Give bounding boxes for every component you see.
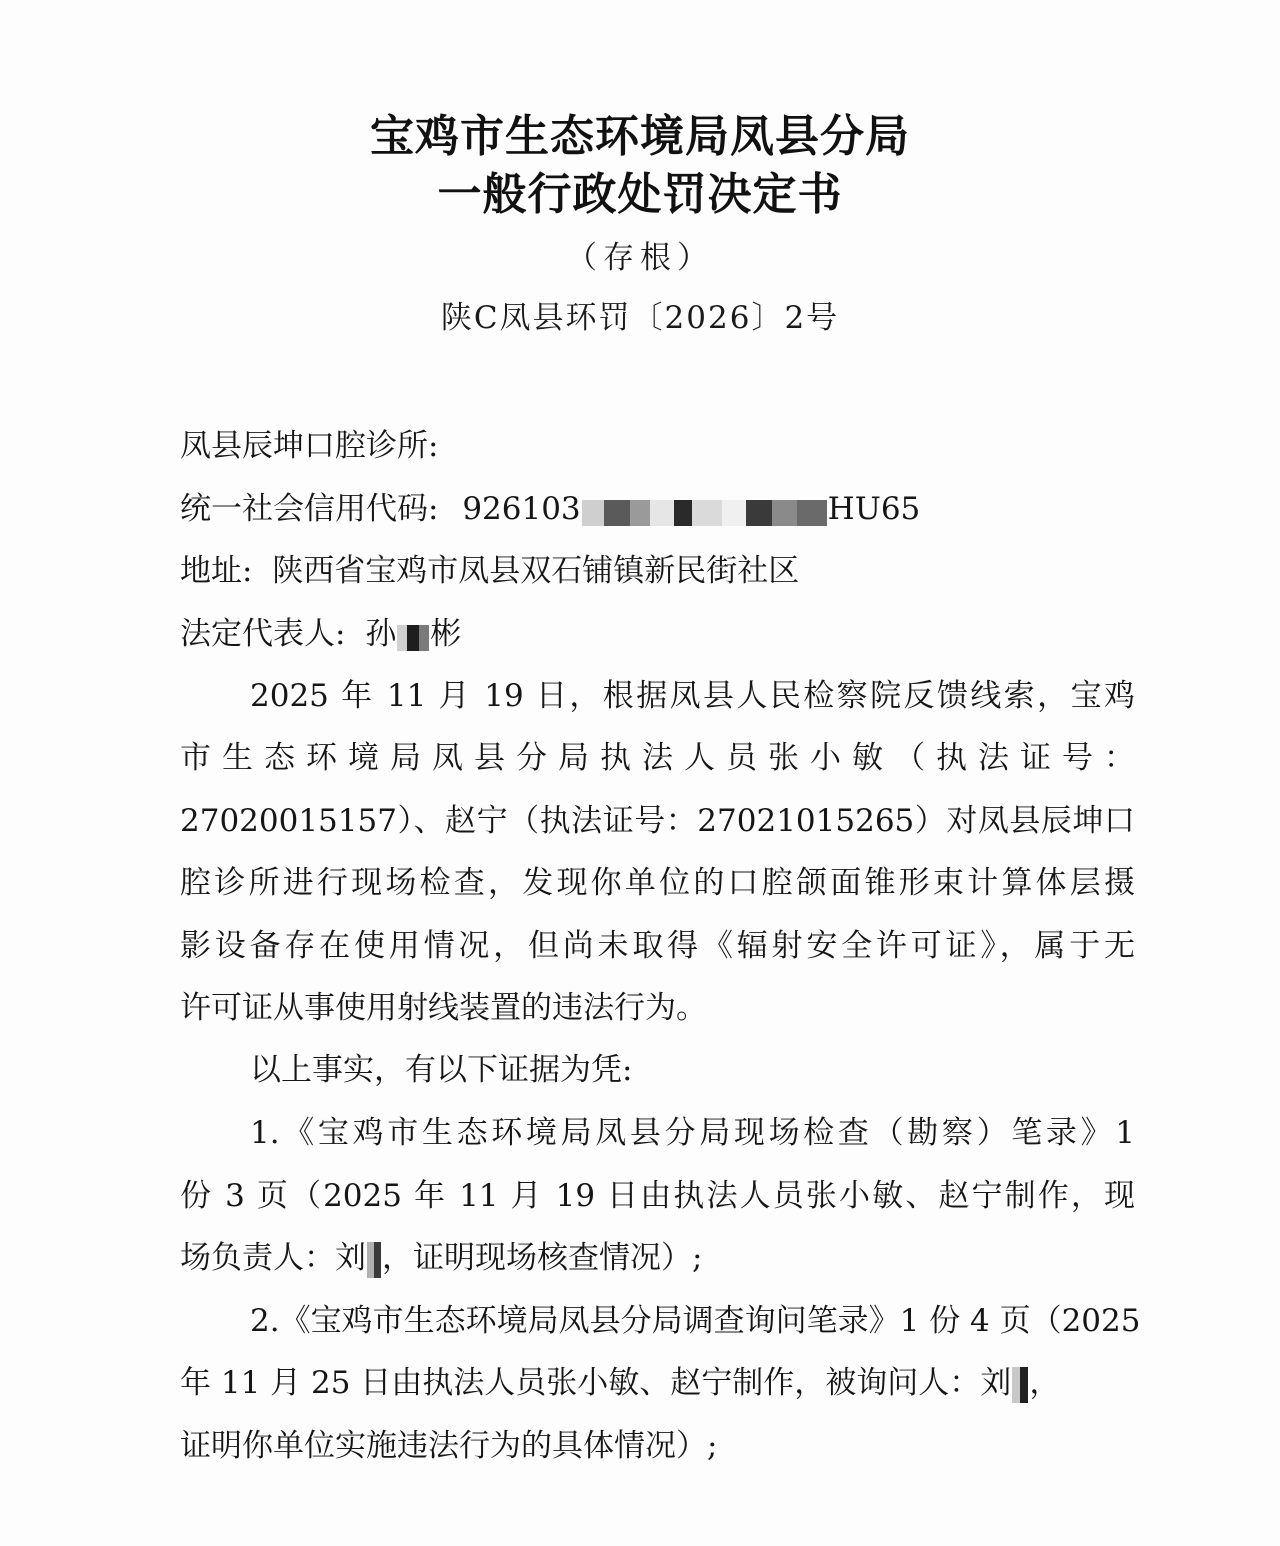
facts-line-2: 市生态环境局凤县分局执法人员张小敏（执法证号：	[180, 732, 1135, 777]
document-number: 陕C凤县环罚〔2026〕2号	[0, 292, 1280, 337]
credit-code-suffix: HU65	[828, 491, 921, 527]
evidence-intro: 以上事实，有以下证据为凭:	[250, 1044, 1205, 1089]
credit-code-row: 统一社会信用代码: 926103HU65	[180, 483, 1135, 528]
document-page: 宝鸡市生态环境局凤县分局 一般行政处罚决定书 （存根） 陕C凤县环罚〔2026〕…	[0, 0, 1280, 1546]
facts-line-3: 27020015157）、赵宁（执法证号：27021015265）对凤县辰坤口	[180, 795, 1135, 840]
address-row: 地址: 陕西省宝鸡市凤县双石铺镇新民街社区	[180, 545, 1135, 590]
redacted-name-block	[397, 623, 429, 649]
facts-line-4: 腔诊所进行现场检查，发现你单位的口腔颌面锥形束计算体层摄	[180, 857, 1135, 902]
address-value: 陕西省宝鸡市凤县双石铺镇新民街社区	[272, 553, 799, 589]
facts-line-6: 许可证从事使用射线装置的违法行为。	[180, 982, 1135, 1027]
evidence-item-2-line-2-after: ，	[1029, 1365, 1060, 1401]
evidence-item-1-line-1: 1.《宝鸡市生态环境局凤县分局现场检查（勘察）笔录》1	[250, 1107, 1135, 1152]
credit-code-prefix: 926103	[462, 491, 580, 527]
evidence-item-1-line-3: 场负责人：刘，证明现场核查情况）;	[180, 1232, 1135, 1278]
legal-representative-row: 法定代表人: 孙彬	[180, 608, 1135, 653]
party-name: 凤县辰坤口腔诊所:	[180, 420, 1135, 465]
legal-rep-first-char: 孙	[365, 616, 396, 652]
facts-line-1: 2025 年 11 月 19 日，根据凤县人民检察院反馈线索，宝鸡	[250, 670, 1135, 715]
evidence-item-1-line-3-before: 场负责人：刘	[180, 1240, 366, 1276]
legal-rep-label: 法定代表人:	[180, 616, 345, 652]
issuing-authority-title: 宝鸡市生态环境局凤县分局	[0, 100, 1280, 164]
evidence-item-2-line-2: 年 11 月 25 日由执法人员张小敏、赵宁制作，被询问人：刘，	[180, 1357, 1135, 1403]
document-type-title: 一般行政处罚决定书	[0, 158, 1280, 222]
address-label: 地址:	[180, 553, 252, 589]
redacted-name-block	[1012, 1367, 1028, 1403]
stub-label: （存根）	[0, 232, 1280, 277]
redacted-name-block	[367, 1242, 381, 1278]
evidence-item-2-line-2-before: 年 11 月 25 日由执法人员张小敏、赵宁制作，被询问人：刘	[180, 1365, 1011, 1401]
evidence-item-1-line-3-after: ，证明现场核查情况）;	[382, 1240, 702, 1276]
facts-line-5: 影设备存在使用情况，但尚未取得《辐射安全许可证》，属于无	[180, 920, 1135, 965]
evidence-item-2-line-3: 证明你单位实施违法行为的具体情况）;	[180, 1420, 1135, 1465]
credit-code-label: 统一社会信用代码:	[180, 491, 438, 527]
evidence-item-2-line-1: 2.《宝鸡市生态环境局凤县分局调查询问笔录》1 份 4 页（2025	[250, 1295, 1135, 1340]
evidence-item-1-line-2: 份 3 页（2025 年 11 月 19 日由执法人员张小敏、赵宁制作，现	[180, 1170, 1135, 1215]
legal-rep-last-char: 彬	[430, 616, 461, 652]
redacted-credit-code-block	[582, 498, 827, 524]
